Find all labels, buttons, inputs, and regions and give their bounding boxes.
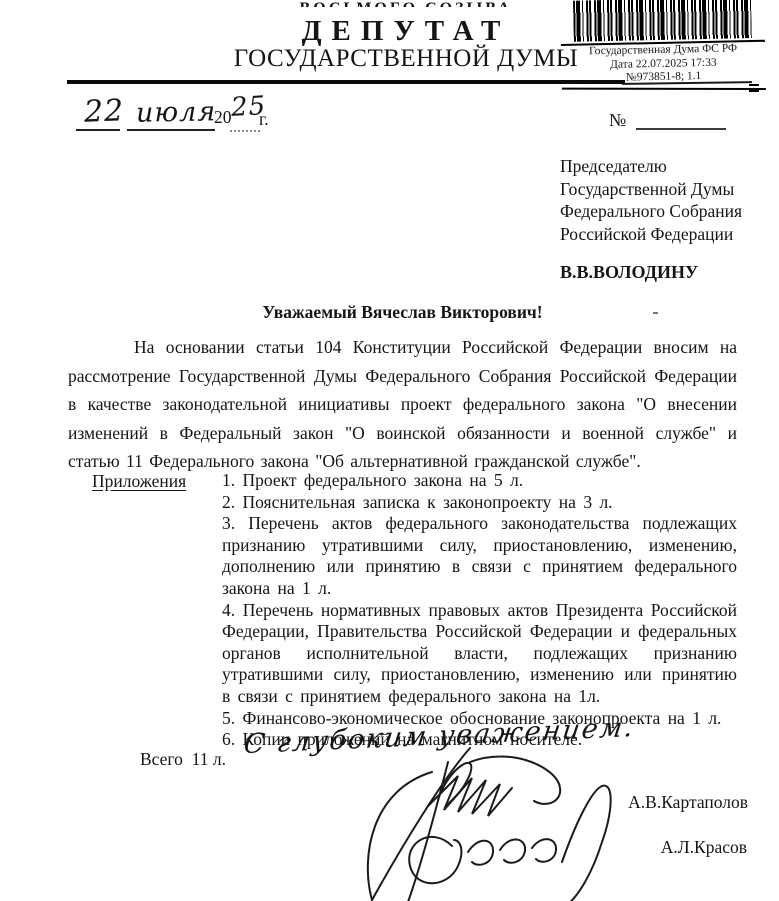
total-pages: Всего 11 л. (140, 749, 226, 770)
body-paragraph: На основании статьи 104 Конституции Росс… (68, 333, 737, 476)
attachments-label: Приложения (92, 471, 186, 492)
addressee-line: Председателю (560, 155, 770, 178)
attachments-list: 1. Проект федерального закона на 5 л. 2.… (222, 470, 737, 751)
year-underline (230, 130, 260, 132)
attachment-item: 2. Пояснительная записка к законопроекту… (222, 492, 737, 514)
month-underline (127, 129, 215, 131)
number-label: № (609, 110, 626, 131)
signer-name-kartapolov: А.В.Картаполов (628, 792, 748, 813)
salutation: Уважаемый Вячеслав Викторович! (68, 302, 737, 323)
addressee-line: Российской Федерации (560, 223, 770, 246)
attachment-item: 3. Перечень актов федерального законодат… (222, 513, 737, 599)
signature-krasov (368, 748, 611, 901)
letterhead-rule (67, 80, 625, 84)
addressee-line: Государственной Думы (560, 178, 770, 201)
addressee-line: Федерального Собрания (560, 200, 770, 223)
attachment-item: 4. Перечень нормативных правовых актов П… (222, 600, 737, 708)
day-underline (76, 129, 120, 131)
barcode-icon (573, 0, 752, 42)
addressee-block: Председателю Государственной Думы Федера… (560, 155, 770, 245)
stamp-divider (562, 87, 766, 89)
document-page: ВОСЬМОГО СОЗЫВА ДЕПУТАТ ГОСУДАРСТВЕННОЙ … (0, 0, 779, 901)
letterhead-rule-end-mark (749, 84, 759, 92)
handwritten-day: 22 (83, 93, 124, 129)
date-suffix: г. (259, 109, 269, 130)
year-prefix: 20 (214, 107, 232, 128)
handwritten-month: июля (136, 96, 217, 128)
addressee-name: В.В.ВОЛОДИНУ (560, 262, 698, 283)
signature-kartapolov (428, 756, 560, 816)
attachment-item: 1. Проект федерального закона на 5 л. (222, 470, 737, 492)
number-underline (636, 128, 726, 130)
signer-name-krasov: А.Л.Красов (661, 837, 747, 858)
registration-stamp: Государственная Дума ФС РФ Дата 22.07.20… (560, 0, 766, 91)
